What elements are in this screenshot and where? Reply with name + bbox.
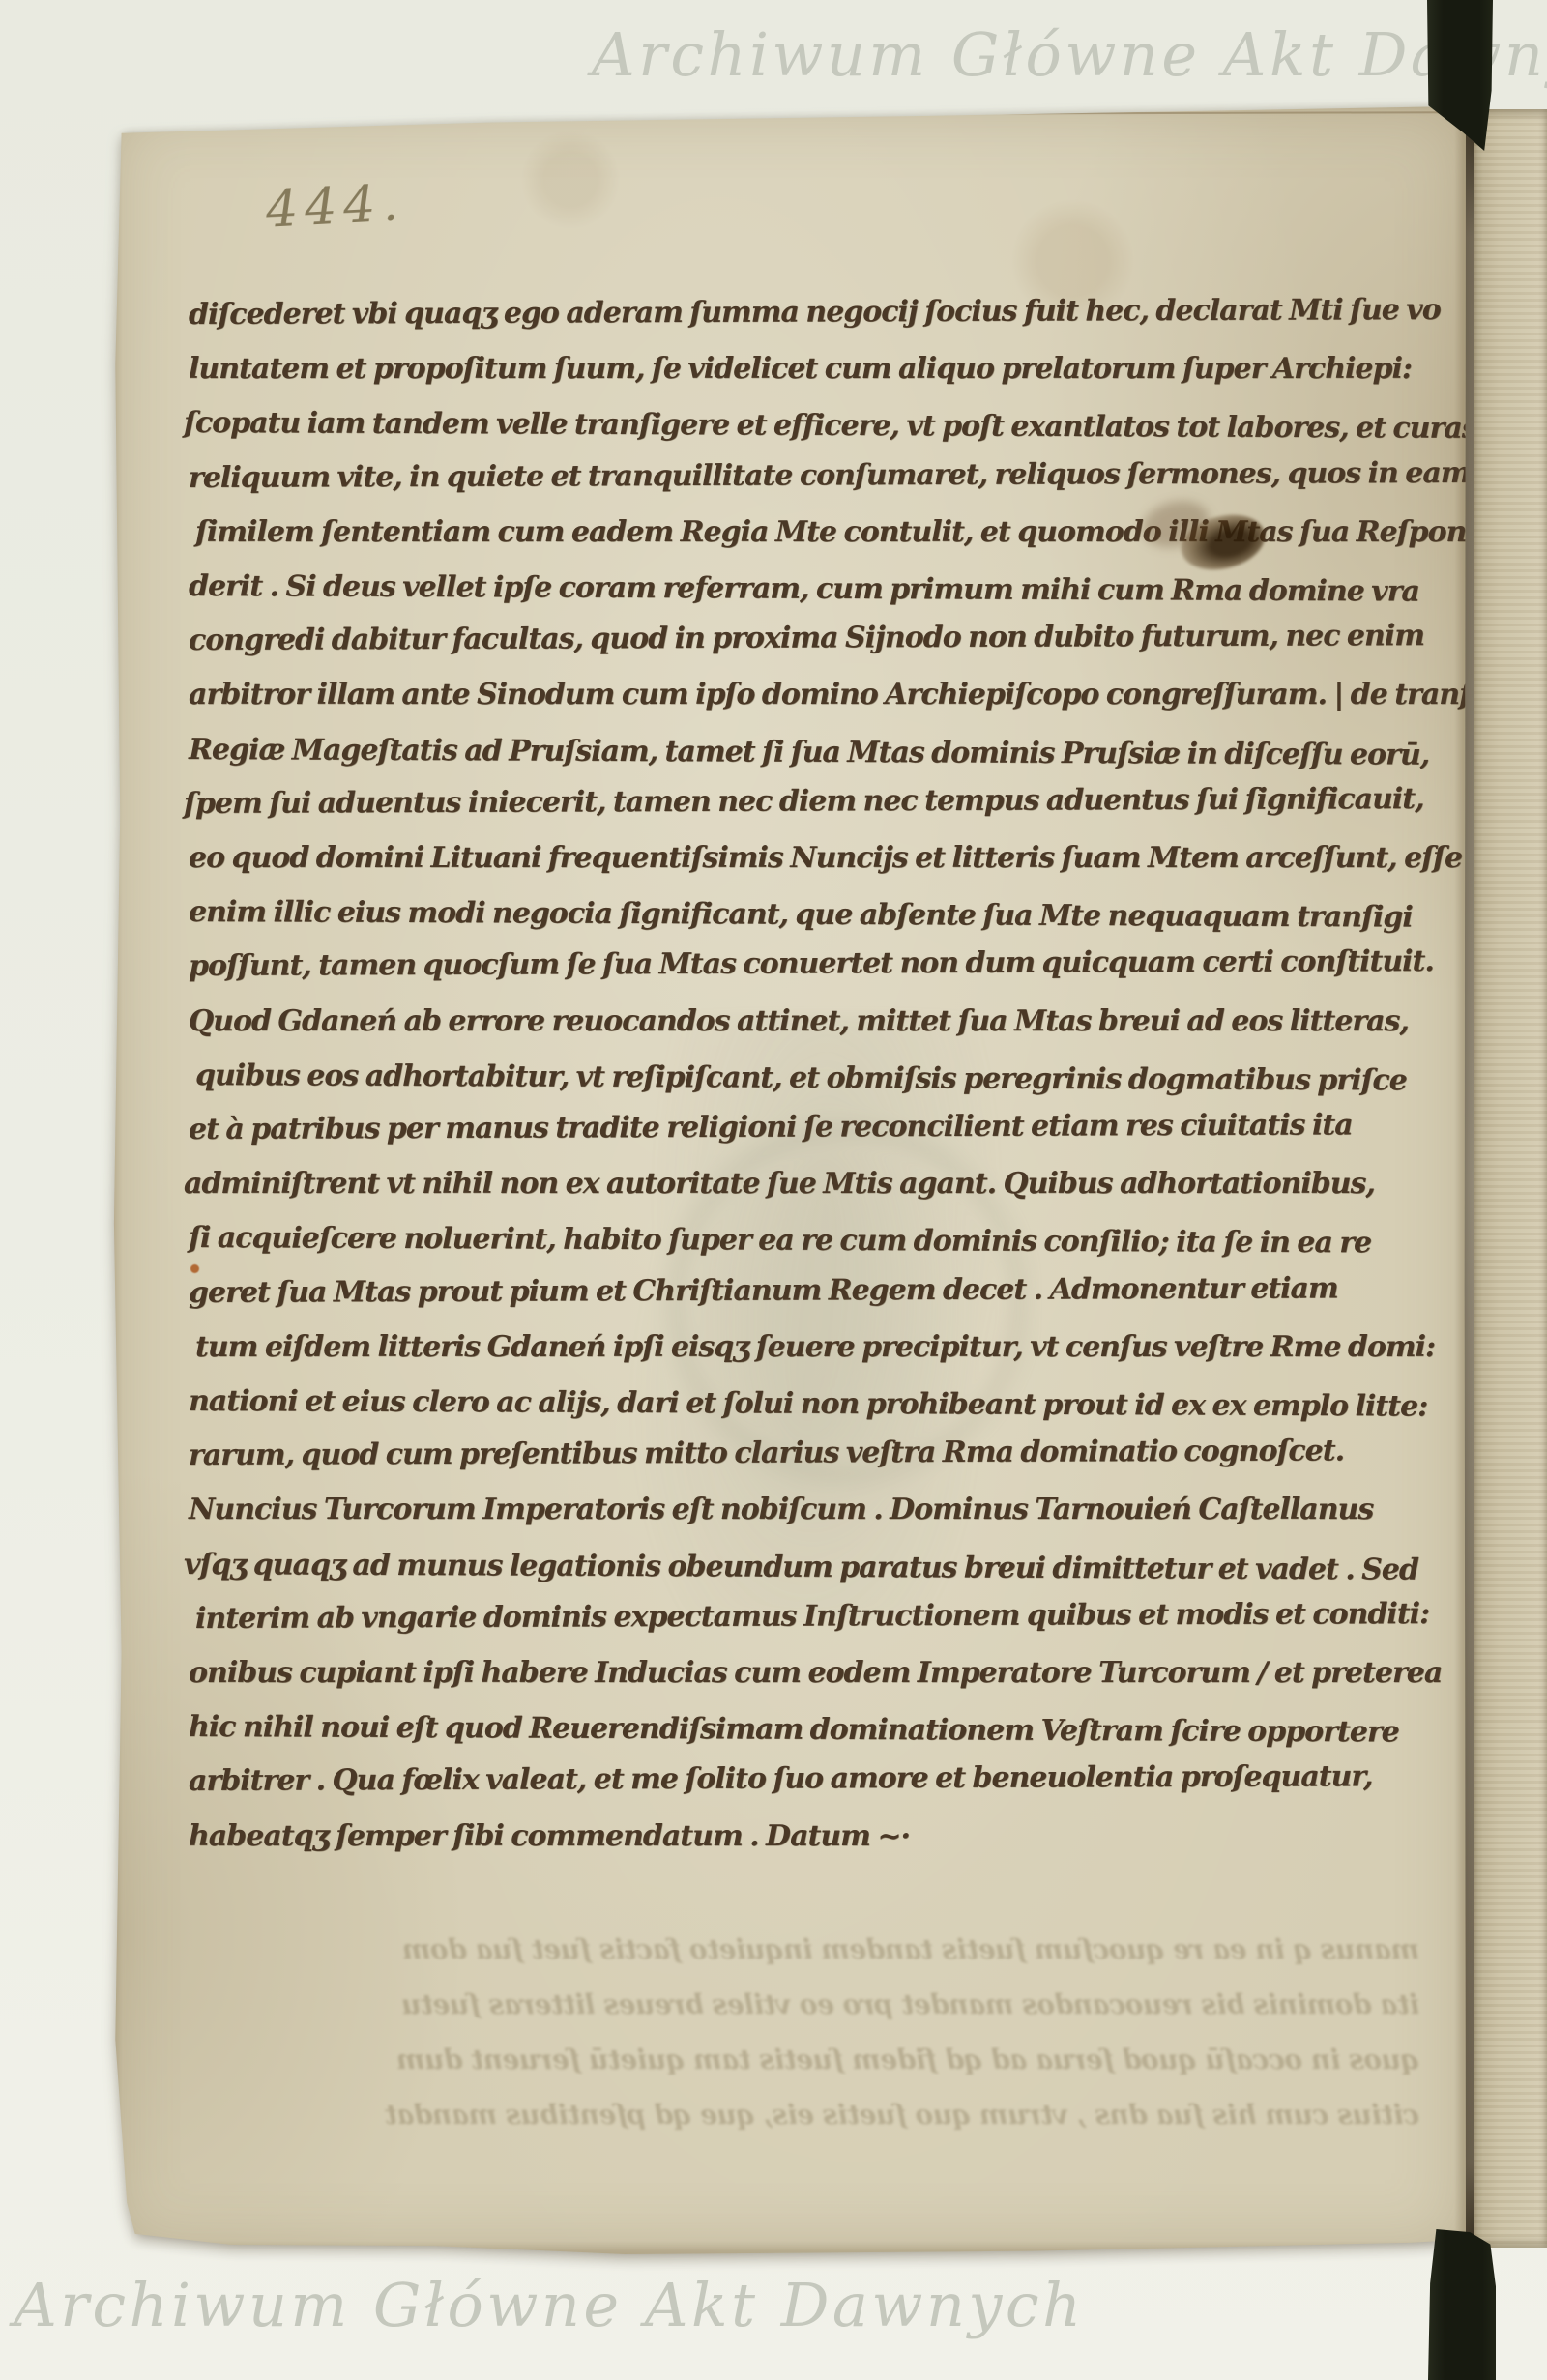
manuscript-line: et à patribus per manus tradite religion…: [189, 1098, 1441, 1157]
manuscript-line: congredi dabitur facultas, quod in proxi…: [189, 609, 1441, 668]
archive-watermark-top: Archiwum Główne Akt Dawnych: [592, 19, 1547, 90]
bleed-through-line: ita dominis bis reuocandos mandet pro eo…: [201, 1977, 1419, 2032]
manuscript-line: tum eiſdem litteris Gdaneń ipſi eisqʒ ſe…: [195, 1321, 1441, 1375]
manuscript-line: reliquum vite, in quiete et tranquillita…: [189, 447, 1441, 506]
page-number: 444.: [265, 174, 407, 239]
manuscript-line: habeatqʒ ſemper ſibi commendatum . Datum…: [189, 1810, 1441, 1864]
manuscript-line: eo quod domini Lituani frequentiſsimis N…: [189, 831, 1441, 885]
manuscript-line: adminiſtrent vt nihil non ex autoritate …: [184, 1157, 1441, 1211]
bleed-through-line: quos in occaſū quod ſerua ad qd fidem ſu…: [201, 2032, 1419, 2087]
bookmark-ribbon-bottom: [1428, 2229, 1496, 2380]
manuscript-line: arbitrer . Qua fœlix valeat, et me ſolit…: [189, 1751, 1441, 1810]
manuscript-line: onibus cupiant ipſi habere Inducias cum …: [189, 1646, 1441, 1700]
manuscript-line: Quod Gdaneń ab errore reuocandos attinet…: [189, 995, 1441, 1049]
manuscript-line: diſcederet vbi quaqʒ ego aderam ſumma ne…: [189, 283, 1441, 342]
manuscript-page: 444. diſcederet vbi quaqʒ ego aderam ſum…: [109, 106, 1466, 2254]
manuscript-line: interim ab vngarie dominis expectamus In…: [195, 1587, 1441, 1646]
manuscript-line: Nuncius Turcorum Imperatoris eſt nobiſcu…: [189, 1483, 1441, 1537]
bleed-through-line: manus q in ea re quocſum ſuetis tandem i…: [201, 1922, 1419, 1977]
manuscript-line: geret ſua Mtas prout pium et Chriſtianum…: [189, 1262, 1441, 1321]
archive-watermark-bottom: Archiwum Główne Akt Dawnych: [14, 2270, 1085, 2340]
manuscript-line: arbitror illam ante Sinodum cum ipſo dom…: [189, 668, 1441, 722]
foxing-spot: [190, 1264, 199, 1273]
archive-scan: Archiwum Główne Akt Dawnych 444. diſcede…: [0, 0, 1547, 2380]
manuscript-line: luntatem et propoſitum ſuum, ſe videlice…: [189, 342, 1441, 396]
bleed-through-text: manus q in ea re quocſum ſuetis tandem i…: [201, 1922, 1419, 2142]
manuscript-line: rarum, quod cum preſentibus mitto clariu…: [189, 1424, 1441, 1483]
manuscript-line: ſpem ſui aduentus iniecerit, tamen nec d…: [184, 772, 1441, 831]
bleed-through-line: citius cum his ſua dns , vtrum quo ſueti…: [201, 2087, 1419, 2142]
manuscript-line: poſſunt, tamen quocſum ſe ſua Mtas conue…: [189, 935, 1441, 994]
facing-page-edge: [1474, 109, 1547, 2248]
